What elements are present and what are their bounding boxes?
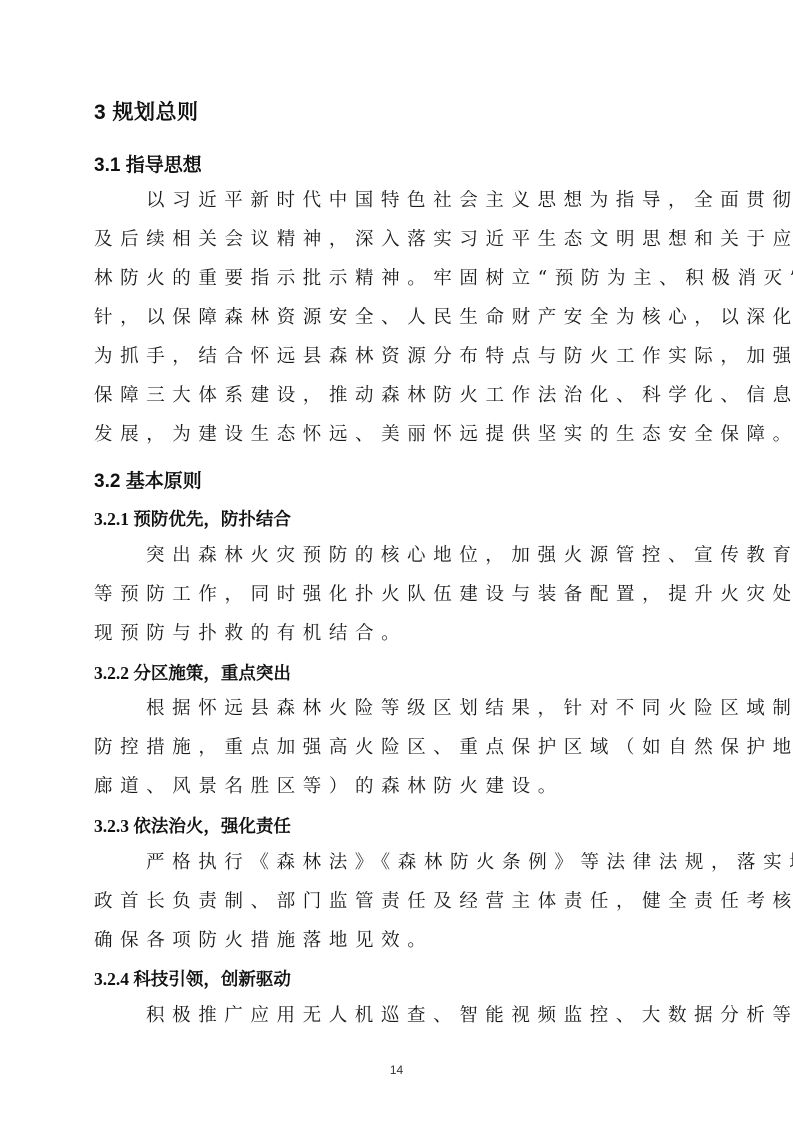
text-line: 针，以保障森林资源安全、人民生命财产安全为核心，以深化林长制改革 [94, 298, 700, 337]
text-line: 及后续相关会议精神，深入落实习近平生态文明思想和关于应急管理、森 [94, 220, 700, 259]
subsection-heading-3-2-3: 3.2.3 依法治火，强化责任 [94, 813, 291, 838]
text-line: 等预防工作，同时强化扑火队伍建设与装备配置，提升火灾处置能力，实 [94, 575, 700, 614]
text-line: 为抓手，结合怀远县森林资源分布特点与防火工作实际，加强预防、扑救、 [94, 337, 700, 376]
text-line: 突出森林火灾预防的核心地位，加强火源管控、宣传教育、预警监测 [94, 536, 700, 575]
text-line: 保障三大体系建设，推动森林防火工作法治化、科学化、信息化、专业化 [94, 376, 700, 415]
paragraph-tech-innovation: 积极推广应用无人机巡查、智能视频监控、大数据分析等先进技术， [94, 996, 700, 1035]
document-page: 3 规划总则 3.1 指导思想 以习近平新时代中国特色社会主义思想为指导，全面贯… [0, 0, 793, 1122]
text-line: 积极推广应用无人机巡查、智能视频监控、大数据分析等先进技术， [94, 996, 700, 1035]
paragraph-zoned-policy: 根据怀远县森林火险等级区划结果，针对不同火险区域制定差异化的 防控措施，重点加强… [94, 689, 700, 806]
subsection-heading-3-2-2: 3.2.2 分区施策，重点突出 [94, 660, 291, 685]
text-line: 发展，为建设生态怀远、美丽怀远提供坚实的生态安全保障。 [94, 415, 700, 454]
section-heading-3-1: 3.1 指导思想 [94, 150, 202, 177]
subsection-heading-3-2-1: 3.2.1 预防优先，防扑结合 [94, 506, 291, 531]
text-line: 林防火的重要指示批示精神。牢固树立“预防为主、积极消灭”的工作方 [94, 259, 700, 298]
text-line: 防控措施，重点加强高火险区、重点保护区域（如自然保护地、重要生态 [94, 728, 700, 767]
text-line: 廊道、风景名胜区等）的森林防火建设。 [94, 767, 700, 806]
page-number: 14 [0, 1063, 793, 1077]
subsection-heading-3-2-4: 3.2.4 科技引领，创新驱动 [94, 966, 291, 991]
paragraph-guiding-ideology: 以习近平新时代中国特色社会主义思想为指导，全面贯彻党的二十大 及后续相关会议精神… [94, 181, 700, 454]
text-line: 政首长负责制、部门监管责任及经营主体责任，健全责任考核与追究机制， [94, 882, 700, 921]
text-line: 严格执行《森林法》《森林防火条例》等法律法规，落实地方政府行 [94, 843, 700, 882]
section-heading-3-2: 3.2 基本原则 [94, 466, 202, 493]
paragraph-prevention-first: 突出森林火灾预防的核心地位，加强火源管控、宣传教育、预警监测 等预防工作，同时强… [94, 536, 700, 653]
chapter-heading: 3 规划总则 [94, 96, 199, 126]
paragraph-rule-of-law: 严格执行《森林法》《森林防火条例》等法律法规，落实地方政府行 政首长负责制、部门… [94, 843, 700, 960]
text-line: 根据怀远县森林火险等级区划结果，针对不同火险区域制定差异化的 [94, 689, 700, 728]
text-line: 确保各项防火措施落地见效。 [94, 921, 700, 960]
text-line: 现预防与扑救的有机结合。 [94, 614, 700, 653]
text-line: 以习近平新时代中国特色社会主义思想为指导，全面贯彻党的二十大 [94, 181, 700, 220]
